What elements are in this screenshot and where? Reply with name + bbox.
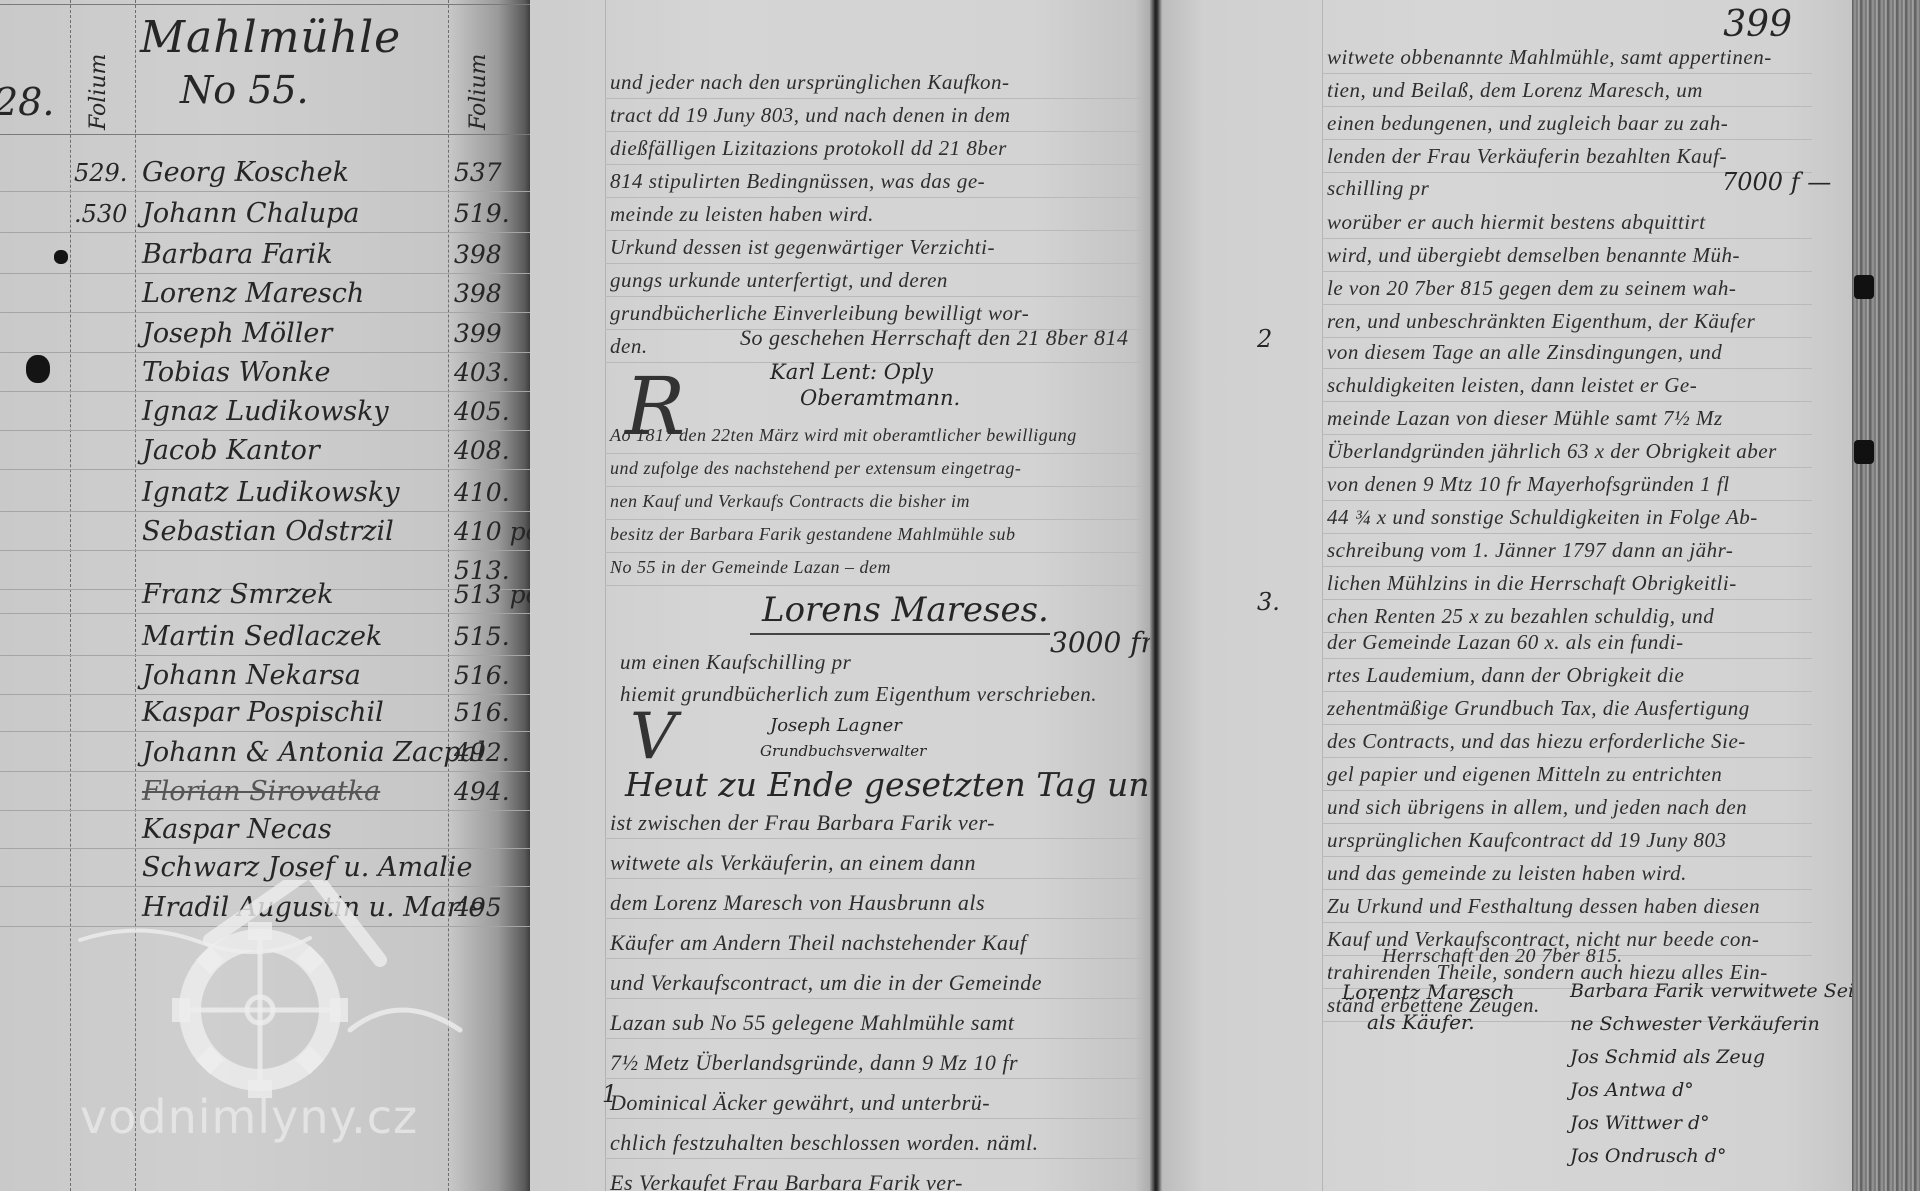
ruled-line xyxy=(1322,401,1812,402)
ruled-line xyxy=(1322,856,1812,857)
row-rule xyxy=(0,391,530,392)
signature-registrar-title: Grundbuchsverwalter xyxy=(760,742,926,760)
text-line: und jeder nach den ursprünglichen Kaufko… xyxy=(610,70,1120,95)
row-rule xyxy=(0,4,530,5)
folium-right-value: 408. xyxy=(454,436,510,465)
owner-entry-row: Kaspar Necas xyxy=(0,812,530,850)
margin-rule xyxy=(1322,0,1323,1191)
text-line: No 55 in der Gemeinde Lazan – dem xyxy=(610,557,1120,578)
text-line: 814 stipulirten Bedingnüssen, was das ge… xyxy=(610,169,1120,194)
text-line: Dominical Äcker gewährt, und unterbrü- xyxy=(610,1090,1120,1116)
owner-entry-row: Johann Nekarsa516. xyxy=(0,658,530,696)
ruled-line xyxy=(1322,238,1812,239)
witness-signature: Barbara Farik verwitwete Sei- xyxy=(1570,980,1852,1002)
text-line: worüber er auch hiermit bestens abquitti… xyxy=(1327,210,1822,235)
ruled-line xyxy=(1322,106,1812,107)
text-line: Ao 1817 den 22ten März wird mit oberamtl… xyxy=(610,425,1120,446)
owner-entry-row: Martin Sedlaczek515. xyxy=(0,619,530,657)
ruled-line xyxy=(605,263,1140,264)
text-line: dießfälligen Lizitazions protokoll dd 21… xyxy=(610,136,1120,161)
ruled-line xyxy=(605,838,1140,839)
owner-entry-row: Jacob Kantor408. xyxy=(0,433,530,471)
ruled-line xyxy=(605,1118,1140,1119)
text-line: Überlandgründen jährlich 63 x der Obrigk… xyxy=(1327,439,1822,464)
ruled-line xyxy=(1322,566,1812,567)
owner-entry-row: 529.Georg Koschek537 xyxy=(0,155,530,193)
ruled-line xyxy=(1322,337,1812,338)
folium-right-value: 403. xyxy=(454,358,510,387)
folium-right-value: 516. xyxy=(454,661,510,690)
signature-official: Karl Lent: Oply xyxy=(770,360,933,384)
entry-initial: V xyxy=(630,700,676,774)
owner-name: Kaspar Pospischil xyxy=(142,697,384,728)
ruled-line xyxy=(1322,691,1812,692)
row-rule xyxy=(0,731,530,732)
price-line: schilling pr xyxy=(1327,176,1429,201)
text-line: von denen 9 Mtz 10 fr Mayerhofsgründen 1… xyxy=(1327,472,1822,497)
owner-name: Sebastian Odstrzil xyxy=(142,516,394,547)
text-line: und Verkaufscontract, um die in der Geme… xyxy=(610,970,1120,996)
owner-entry-row: Franz Smrzek513 po xyxy=(0,577,530,615)
row-rule xyxy=(0,191,530,192)
text-line: der Gemeinde Lazan 60 x. als ein fundi- xyxy=(1327,630,1822,655)
owner-name: Johann Chalupa xyxy=(142,198,359,229)
witness-signature: Jos Schmid als Zeug xyxy=(1570,1046,1765,1068)
owner-name: Schwarz Josef u. Amalie xyxy=(142,852,472,883)
row-rule xyxy=(0,550,530,551)
owner-entry-row: Joseph Möller399 xyxy=(0,316,530,354)
owner-entry-row: Lorenz Maresch398 xyxy=(0,276,530,314)
witness-signature: Jos Wittwer d° xyxy=(1570,1112,1710,1134)
text-line: grundbücherliche Einverleibung bewilligt… xyxy=(610,301,1120,326)
contract-heading: Heut zu Ende gesetzten Tag und Jahr xyxy=(625,765,1160,804)
row-rule xyxy=(0,232,530,233)
owner-name: Georg Koschek xyxy=(142,157,349,188)
row-rule xyxy=(0,430,530,431)
signature-registrar: Joseph Lagner xyxy=(770,715,902,736)
right-register-page: 399 witwete obbenannte Mahlmühle, samt a… xyxy=(1162,0,1852,1191)
row-rule xyxy=(0,848,530,849)
text-line: ren, und unbeschränkten Eigenthum, der K… xyxy=(1327,309,1822,334)
ruled-line xyxy=(1322,823,1812,824)
folium-right-value: 516. xyxy=(454,698,510,727)
owner-name: Johann & Antonia Zacpal xyxy=(142,737,485,768)
ruled-line xyxy=(605,486,1140,487)
text-line: tien, und Beilaß, dem Lorenz Maresch, um xyxy=(1327,78,1822,103)
ruled-line xyxy=(1322,790,1812,791)
owner-entry-row: Hradil Augustin u. Marie495 xyxy=(0,890,530,928)
ruled-line xyxy=(605,958,1140,959)
row-rule xyxy=(0,810,530,811)
left-register-page: und jeder nach den ursprünglichen Kaufko… xyxy=(530,0,1160,1191)
text-line: Es Verkaufet Frau Barbara Farik ver- xyxy=(610,1170,1120,1191)
owner-name: Ignatz Ludikowsky xyxy=(142,477,400,508)
book-gutter xyxy=(1150,0,1162,1191)
page-number: 399 xyxy=(1723,4,1792,45)
folium-header-right: Folium xyxy=(466,54,491,130)
text-line: dem Lorenz Maresch von Hausbrunn als xyxy=(610,890,1120,916)
folium-right-value: 519. xyxy=(454,199,510,228)
text-line: lenden der Frau Verkäuferin bezahlten Ka… xyxy=(1327,144,1822,169)
folium-right-value: 492. xyxy=(454,738,510,767)
ruled-line xyxy=(605,519,1140,520)
witness-signature: ne Schwester Verkäuferin xyxy=(1570,1013,1820,1035)
folium-right-value: 410. xyxy=(454,478,510,507)
price-value: 3000 fr xyxy=(1050,626,1154,659)
ruled-line xyxy=(605,1038,1140,1039)
margin-number: 1 xyxy=(602,1080,617,1108)
text-line: 44 ¾ x und sonstige Schuldigkeiten in Fo… xyxy=(1327,505,1822,530)
folium-right-value: 398 xyxy=(454,279,502,308)
text-line: lichen Mühlzins in die Herrschaft Obrigk… xyxy=(1327,571,1822,596)
witness-signature: Jos Ondrusch d° xyxy=(1570,1145,1726,1167)
ruled-line xyxy=(605,878,1140,879)
owner-entry-row: Kaspar Pospischil516. xyxy=(0,695,530,733)
ruled-line xyxy=(605,998,1140,999)
name-underline xyxy=(750,633,1050,635)
price-line: um einen Kaufschilling pr xyxy=(620,650,851,675)
folium-header-left: Folium xyxy=(86,54,111,130)
text-line: rtes Laudemium, dann der Obrigkeit die xyxy=(1327,663,1822,688)
header-rule xyxy=(0,134,530,135)
row-rule xyxy=(0,886,530,887)
register-title: Mahlmühle xyxy=(140,12,401,63)
row-rule xyxy=(0,352,530,353)
text-line: Zu Urkund und Festhaltung dessen haben d… xyxy=(1327,894,1822,919)
owner-name: Florian Sirovatka xyxy=(142,776,380,807)
owner-name: Jacob Kantor xyxy=(142,435,320,466)
owner-name: Martin Sedlaczek xyxy=(142,621,382,652)
text-line: 7½ Metz Überlandsgründe, dann 9 Mz 10 fr xyxy=(610,1050,1120,1076)
text-line: le von 20 7ber 815 gegen dem zu seinem w… xyxy=(1327,276,1822,301)
owner-name: Tobias Wonke xyxy=(142,357,331,388)
ruled-line xyxy=(605,296,1140,297)
text-line: nen Kauf und Verkaufs Contracts die bish… xyxy=(610,491,1120,512)
buyer-role: als Käufer. xyxy=(1367,1010,1475,1034)
owner-entry-row: Ignatz Ludikowsky410. xyxy=(0,475,530,513)
owner-entry-row: .530Johann Chalupa519. xyxy=(0,196,530,234)
text-line: chen Renten 25 x zu bezahlen schuldig, u… xyxy=(1327,604,1822,629)
ruled-line xyxy=(1322,922,1812,923)
price-value: 7000 f — xyxy=(1722,168,1831,196)
ruled-line xyxy=(605,197,1140,198)
text-line: tract dd 19 Juny 803, und nach denen in … xyxy=(610,103,1120,128)
book-edge xyxy=(1852,0,1920,1191)
text-line: schuldigkeiten leisten, dann leistet er … xyxy=(1327,373,1822,398)
ruled-line xyxy=(605,131,1140,132)
owner-entry-row: Barbara Farik398 xyxy=(0,237,530,275)
folium-right-value: 515. xyxy=(454,622,510,651)
ruled-line xyxy=(605,164,1140,165)
text-line: einen bedungenen, und zugleich baar zu z… xyxy=(1327,111,1822,136)
row-rule xyxy=(0,926,530,927)
owner-entry-row: Florian Sirovatka494. xyxy=(0,774,530,812)
text-line: und zufolge des nachstehend per extensum… xyxy=(610,458,1120,479)
owner-name: Barbara Farik xyxy=(142,239,333,270)
text-line: ist zwischen der Frau Barbara Farik ver- xyxy=(610,810,1120,836)
previous-page-number: 28. xyxy=(0,80,54,124)
text-line: schreibung vom 1. Jänner 1797 dann an jä… xyxy=(1327,538,1822,563)
text-line: und sich übrigens in allem, und jeden na… xyxy=(1327,795,1822,820)
owner-name: Franz Smrzek xyxy=(142,579,334,610)
text-line: des Contracts, und das hiezu erforderlic… xyxy=(1327,729,1822,754)
ruled-line xyxy=(1322,271,1812,272)
ruled-line xyxy=(1322,599,1812,600)
owner-entry-row: Ignaz Ludikowsky405. xyxy=(0,394,530,432)
text-line: gel papier und eigenen Mitteln zu entric… xyxy=(1327,762,1822,787)
date-line: Herrschaft den 20 7ber 815. xyxy=(1382,945,1623,968)
edge-marker xyxy=(1854,440,1874,464)
owner-name: Johann Nekarsa xyxy=(142,660,361,691)
buyer-name-heading: Lorens Mareses. xyxy=(762,590,1049,630)
text-line: meinde Lazan von dieser Mühle samt 7½ Mz xyxy=(1327,406,1822,431)
folium-right-value: 405. xyxy=(454,397,510,426)
text-line: besitz der Barbara Farik gestandene Mahl… xyxy=(610,524,1120,545)
folium-left-value: 529. xyxy=(74,159,144,187)
date-line: So geschehen Herrschaft den 21 8ber 814 xyxy=(740,325,1129,351)
owner-entry-row: Johann & Antonia Zacpal492. xyxy=(0,735,530,773)
owner-name: Lorenz Maresch xyxy=(142,278,364,309)
text-line: wird, und übergiebt demselben benannte M… xyxy=(1327,243,1822,268)
row-rule xyxy=(0,511,530,512)
owner-name: Joseph Möller xyxy=(142,318,332,349)
text-line: Urkund dessen ist gegenwärtiger Verzicht… xyxy=(610,235,1120,260)
folium-right-value: 399 xyxy=(454,319,502,348)
ruled-line xyxy=(1322,139,1812,140)
owner-entry-row: Schwarz Josef u. Amalie xyxy=(0,850,530,888)
signature-title: Oberamtmann. xyxy=(800,386,960,410)
row-rule xyxy=(0,312,530,313)
text-line: meinde zu leisten haben wird. xyxy=(610,202,1120,227)
ruled-line xyxy=(605,918,1140,919)
ruled-line xyxy=(1322,757,1812,758)
ruled-line xyxy=(1322,467,1812,468)
ruled-line xyxy=(1322,724,1812,725)
ruled-line xyxy=(605,453,1140,454)
buyer-signature: Lorentz Maresch xyxy=(1342,980,1515,1004)
ruled-line xyxy=(605,98,1140,99)
owner-entry-row: Tobias Wonke403. xyxy=(0,355,530,393)
folium-right-value: 513 po xyxy=(454,580,530,609)
row-rule xyxy=(0,771,530,772)
owner-entry-row: Sebastian Odstrzil410 po xyxy=(0,514,530,552)
ruled-line xyxy=(1322,304,1812,305)
watermark-text: vodnimlyny.cz xyxy=(80,1090,418,1144)
closing-line: hiemit grundbücherlich zum Eigenthum ver… xyxy=(620,682,1097,707)
row-rule xyxy=(0,273,530,274)
owner-name: Kaspar Necas xyxy=(142,814,332,845)
text-line: zehentmäßige Grundbuch Tax, die Ausferti… xyxy=(1327,696,1822,721)
row-rule xyxy=(0,655,530,656)
ruled-line xyxy=(1322,73,1812,74)
ruled-line xyxy=(1322,658,1812,659)
owner-name: Hradil Augustin u. Marie xyxy=(142,892,484,923)
ruled-line xyxy=(605,230,1140,231)
ruled-line xyxy=(605,1078,1140,1079)
margin-number: 3. xyxy=(1257,588,1280,616)
index-page: 28. Folium Folium Mahlmühle No 55. 529.G… xyxy=(0,0,530,1191)
edge-marker xyxy=(1854,275,1874,299)
folium-right-value: 494. xyxy=(454,777,510,806)
text-line: gungs urkunde unterfertigt, und deren xyxy=(610,268,1120,293)
text-line: chlich festzuhalten beschlossen worden. … xyxy=(610,1130,1120,1156)
row-rule xyxy=(0,613,530,614)
owner-name: Ignaz Ludikowsky xyxy=(142,396,389,427)
text-line: Lazan sub No 55 gelegene Mahlmühle samt xyxy=(610,1010,1120,1036)
text-line: witwete obbenannte Mahlmühle, samt apper… xyxy=(1327,45,1822,70)
ruled-line xyxy=(1322,434,1812,435)
folium-right-value: 410 po xyxy=(454,517,530,546)
text-line: und das gemeinde zu leisten haben wird. xyxy=(1327,861,1822,886)
register-number: No 55. xyxy=(180,68,309,112)
folium-left-value: .530 xyxy=(74,200,144,228)
ruled-line xyxy=(605,585,1140,586)
ruled-line xyxy=(1322,500,1812,501)
text-line: von diesem Tage an alle Zinsdingungen, u… xyxy=(1327,340,1822,365)
ruled-line xyxy=(1322,533,1812,534)
text-line: Käufer am Andern Theil nachstehender Kau… xyxy=(610,930,1120,956)
text-line: ursprünglichen Kaufcontract dd 19 Juny 8… xyxy=(1327,828,1822,853)
row-rule xyxy=(0,469,530,470)
margin-rule xyxy=(605,0,606,1191)
text-line: witwete als Verkäuferin, an einem dann xyxy=(610,850,1120,876)
folium-right-value: 537 xyxy=(454,158,502,187)
ruled-line xyxy=(1322,368,1812,369)
ruled-line xyxy=(1322,889,1812,890)
margin-number: 2 xyxy=(1257,325,1272,353)
ruled-line xyxy=(605,552,1140,553)
folium-right-value: 398 xyxy=(454,240,502,269)
ruled-line xyxy=(605,1158,1140,1159)
witness-signature: Jos Antwa d° xyxy=(1570,1079,1694,1101)
folium-right-value: 495 xyxy=(454,893,502,922)
